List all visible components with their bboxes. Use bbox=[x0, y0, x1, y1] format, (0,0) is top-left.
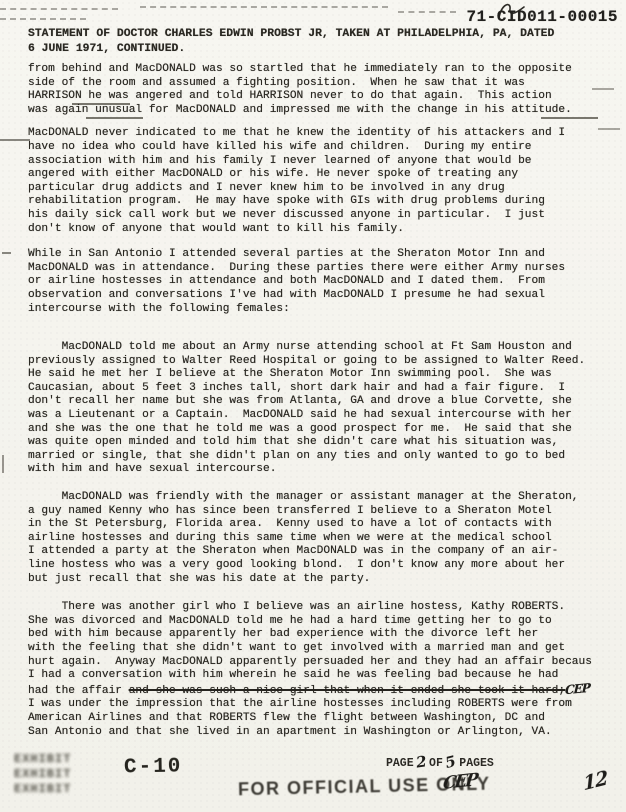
paragraph-6-text-continued: I was under the impression that the airl… bbox=[28, 698, 572, 737]
exhibit-stamp-text: EXHIBIT bbox=[14, 767, 122, 782]
scanned-document-page: { "colors": { "paper": "#f6f5f0", "ink":… bbox=[0, 0, 626, 812]
paragraph-6: There was another girl who I believe was… bbox=[28, 601, 622, 739]
pages-label: PAGES bbox=[459, 757, 494, 770]
scan-artifact bbox=[2, 455, 4, 473]
statement-body: from behind and MacDONALD was so startle… bbox=[28, 63, 622, 739]
page-title: STATEMENT OF DOCTOR CHARLES EDWIN PROBST… bbox=[28, 27, 620, 56]
exhibit-stamp-text: EXHIBIT bbox=[14, 752, 122, 767]
paragraph-2: MacDONALD never indicated to me that he … bbox=[28, 127, 622, 236]
paragraph-6-text: There was another girl who I believe was… bbox=[28, 601, 592, 697]
struck-out-text: and she was such a nice girl that when i… bbox=[129, 685, 565, 697]
page-counter: PAGE2OF5PAGES bbox=[386, 756, 494, 770]
document-number-stamp: 71-CID011-00015 bbox=[466, 8, 618, 26]
handwritten-corner-mark: 12 bbox=[583, 767, 608, 795]
handwritten-page-number: 2 bbox=[415, 756, 427, 767]
handwritten-initials: CEP bbox=[565, 682, 590, 698]
paragraph-5: MacDONALD was friendly with the manager … bbox=[28, 491, 622, 586]
paragraph-1: from behind and MacDONALD was so startle… bbox=[28, 63, 622, 117]
exhibit-number: C-10 bbox=[124, 755, 183, 779]
scan-artifact bbox=[140, 6, 388, 8]
of-label: OF bbox=[429, 757, 443, 770]
scan-artifact bbox=[0, 8, 118, 10]
scan-artifact bbox=[2, 252, 11, 254]
scan-artifact bbox=[0, 18, 86, 20]
scan-artifact bbox=[0, 139, 30, 141]
handwritten-total-pages: 5 bbox=[444, 756, 457, 768]
scan-artifact bbox=[398, 11, 456, 13]
exhibit-stamp-text: EXHIBIT bbox=[14, 782, 122, 797]
page-label: PAGE bbox=[386, 757, 414, 770]
paragraph-4: MacDONALD told me about an Army nurse at… bbox=[28, 341, 622, 477]
reviewer-initials: CEP bbox=[442, 770, 478, 794]
paragraph-3: While in San Antonio I attended several … bbox=[28, 248, 622, 316]
exhibit-stamp: EXHIBIT EXHIBIT EXHIBIT bbox=[14, 752, 122, 802]
